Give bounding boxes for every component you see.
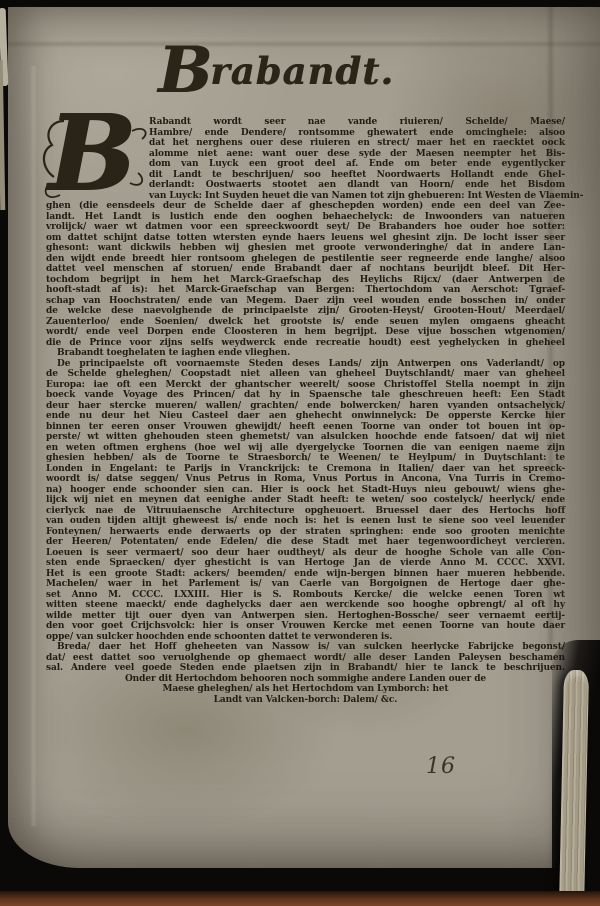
text-line: om dattet schijnt datse totten wtersten … — [46, 233, 565, 244]
text-line: en weten oftmen erghens (hoe wel wij all… — [46, 443, 565, 454]
text-line: tochdom begrijpt in hem het Marck-Graefs… — [46, 275, 565, 286]
text-line: Machelen/ waer in het Parlement is/ van … — [46, 579, 565, 590]
text-line: dattet veel menschen af storuen/ ende Br… — [46, 264, 565, 275]
page-number: 16 — [426, 754, 456, 779]
text-line: den voor goet Crijchsvolck: hier is onse… — [46, 621, 565, 632]
text-line: wordt/ ende veel Dorpen ende Cloosteren … — [46, 327, 565, 338]
title-text: rabandt. — [210, 49, 394, 93]
text-line: cierlyck nae de Vitruuiaensche Architect… — [46, 506, 565, 517]
text-line: set Anno M. CCCC. LXXIII. Hier is S. Rom… — [46, 590, 565, 601]
text-line: Londen in Engelant: te Parijs in Vranckr… — [46, 464, 565, 475]
text-line: ghesien hebben/ als de Toorne te Straesb… — [46, 453, 565, 464]
book-photo: Brabandt. B Rabandt wordt seer nae vande… — [0, 0, 600, 906]
text-line: die de Prince voor zijns selfs weydwerck… — [46, 338, 565, 349]
text-line: binnen ter eeren onser Vrouwen ghewijdt/… — [46, 422, 565, 433]
book-fore-edge-pages — [559, 670, 589, 906]
title-initial-letter: B — [158, 33, 210, 108]
text-line: sten ende Spraecken/ dyer ghesticht is v… — [46, 558, 565, 569]
text-line: lijck wij niet en meynen dat eenighe and… — [46, 495, 565, 506]
table-surface — [0, 891, 600, 906]
drop-cap-initial: B — [46, 117, 149, 191]
text-line: woordt is/ datse seggen/ Vnus Petrus in … — [46, 474, 565, 485]
text-line: der Heeren/ Potentaten/ ende Edelen/ die… — [46, 537, 565, 548]
page-title: Brabandt. — [158, 36, 394, 114]
text-line: deur haer stercke mueren/ wallen/ gracht… — [46, 401, 565, 412]
text-line: van ouden tijden altijt gheweest is/ end… — [46, 516, 565, 527]
text-line: vrolijck/ waer wt datmen voor een spreec… — [46, 222, 565, 233]
text-line: Zauenterloo/ ende Soenien/ dwelck het gr… — [46, 317, 565, 328]
text-line: boeck vande Voyage des Princen/ dat hy i… — [46, 390, 565, 401]
text-line: sal. Andere veel goede Steden ende plaet… — [46, 663, 565, 674]
text-line: Maese gheleghen/ als het Hertochdom van … — [46, 684, 565, 695]
text-line: witten steene maeckt/ ende daghelycks da… — [46, 600, 565, 611]
text-line: ghesont: want dickwils hebben wij ghesie… — [46, 243, 565, 254]
text-line: Loeuen is seer vermaert/ soo deur haer o… — [46, 548, 565, 559]
paper-fold-highlight — [30, 66, 37, 826]
text-line: schap van Hoochstraten/ ende van Megem. … — [46, 296, 565, 307]
text-line: dat/ eest dattet soo veruolghende op ghe… — [46, 653, 565, 664]
text-line: perste/ wt witten ghehouden steen ghemet… — [46, 432, 565, 443]
paragraph-2: De principaelste oft voornaemste Steden … — [46, 359, 565, 706]
text-line: De principaelste oft voornaemste Steden … — [46, 359, 565, 370]
text-line: de welcke dese naevolghende de principae… — [46, 306, 565, 317]
text-line: wilde metter tijt ouer dyen van Antwerpe… — [46, 611, 565, 622]
text-line: Landt van Valcken-borch: Dalem/ &c. — [46, 695, 565, 706]
text-line: Brabandt toeghelaten te iaghen ende vlie… — [46, 348, 565, 359]
text-line: oppe/ van sulcker hoochden ende schoonte… — [46, 632, 565, 643]
text-line: Fonteynen/ herwaerts ende derwaerts op d… — [46, 527, 565, 538]
text-line: Onder dit Hertochdom behooren noch sommi… — [46, 674, 565, 685]
text-line: ende nu deur het Nieu Casteel daer aen g… — [46, 411, 565, 422]
text-line: de Schelde gheleghen/ Coopstadt niet all… — [46, 369, 565, 380]
text-line: hooft-stadt af is): het Marck-Graefschap… — [46, 285, 565, 296]
book-page: Brabandt. B Rabandt wordt seer nae vande… — [8, 6, 600, 868]
paragraph-1: B Rabandt wordt seer nae vande riuieren/… — [46, 117, 565, 359]
text-line: Breda/ daer het Hoff gheheeten van Nasso… — [46, 642, 565, 653]
text-line: na) hooger ende schoonder sien can. Hier… — [46, 485, 565, 496]
text-line: Europa: iae oft een Merckt der ghantsche… — [46, 380, 565, 391]
body-text-block: B Rabandt wordt seer nae vande riuieren/… — [46, 117, 565, 705]
text-line: den wijdt ende breedt hier rontsoom ghel… — [46, 254, 565, 265]
text-line: Het is een groote Stadt: ackers/ beemden… — [46, 569, 565, 580]
background-top-strip — [0, 0, 600, 7]
drop-cap-letter: B — [48, 103, 136, 203]
